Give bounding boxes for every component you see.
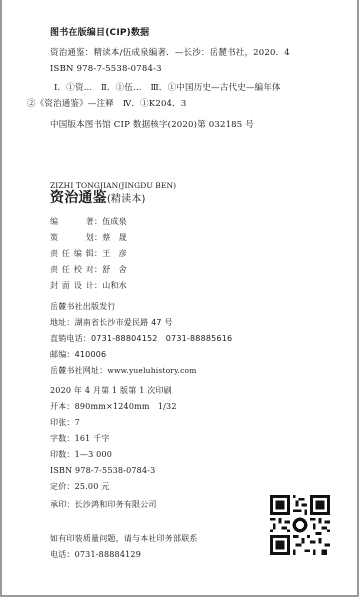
qr-code-icon	[270, 495, 330, 555]
credit-value: 伍成泉	[102, 217, 127, 226]
cip-heading: 图书在版编目(CIP)数据	[50, 28, 149, 39]
credit-key: 责任校对	[50, 264, 94, 275]
cip-isbn: ISBN 978-7-5538-0784-3	[50, 64, 162, 75]
publisher-postcode: 邮编：410006	[50, 349, 106, 360]
credit-key: 编 著	[50, 216, 94, 227]
book-title-main: 资治通鉴	[50, 190, 107, 206]
cip-line: 资治通鉴：精读本/伍成泉编著．—长沙：岳麓书社，2020．4	[50, 48, 290, 59]
website-label: 岳麓书社网址：	[50, 366, 107, 375]
spec-words: 字数：161 千字	[50, 433, 110, 444]
quality-notice: 如有印装质量问题，请与本社印务部联系	[50, 533, 198, 544]
credit-value: 舒 舍	[102, 265, 127, 274]
spec-price: 定价：25.00 元	[50, 481, 109, 492]
credit-key: 策 划	[50, 232, 94, 243]
publisher-address: 地址：湖南省长沙市爱民路 47 号	[50, 317, 173, 328]
credit-author: 编 著：伍成泉	[50, 216, 127, 227]
publisher-phone: 直销电话：0731-88804152 0731-88885616	[50, 333, 232, 344]
website-link[interactable]: www.yueluhistory.com	[107, 366, 196, 375]
publisher-name: 岳麓书社出版发行	[50, 301, 116, 312]
credit-value: 王 彦	[102, 249, 127, 258]
credit-cover-design: 封面设计：山和水	[50, 280, 127, 291]
credit-key: 责任编辑	[50, 248, 94, 259]
printer-info: 承印：长沙鸿和印务有限公司	[50, 499, 157, 510]
credit-key: 封面设计	[50, 280, 94, 291]
cip-line: ②《资治通鉴》—注释 Ⅳ．①K204．3	[27, 99, 186, 110]
credit-value: 山和水	[102, 281, 127, 290]
cip-line: Ⅰ．①资… Ⅱ．①伍… Ⅲ．①中国历史—古代史—编年体	[54, 83, 281, 94]
cip-record-number: 中国版本图书馆 CIP 数据核字(2020)第 032185 号	[50, 120, 254, 131]
spec-sheets: 印张：7	[50, 417, 80, 428]
book-title: 资治通鉴(精读本)	[50, 193, 146, 206]
credit-proofreader: 责任校对：舒 舍	[50, 264, 127, 275]
quality-phone: 电话：0731-88884129	[50, 549, 141, 560]
spec-format: 开本：890mm×1240mm 1/32	[50, 401, 177, 412]
spec-print-run: 印数：1—3 000	[50, 449, 112, 460]
publisher-website-line: 岳麓书社网址：www.yueluhistory.com	[50, 365, 197, 376]
book-title-sub: (精读本)	[107, 194, 146, 205]
spec-edition: 2020 年 4 月第 1 版第 1 次印刷	[50, 385, 172, 396]
credit-editor: 责任编辑：王 彦	[50, 248, 127, 259]
credit-value: 蔡 晟	[102, 233, 127, 242]
spec-isbn: ISBN 978-7-5538-0784-3	[50, 465, 155, 476]
credit-planner: 策 划：蔡 晟	[50, 232, 127, 243]
